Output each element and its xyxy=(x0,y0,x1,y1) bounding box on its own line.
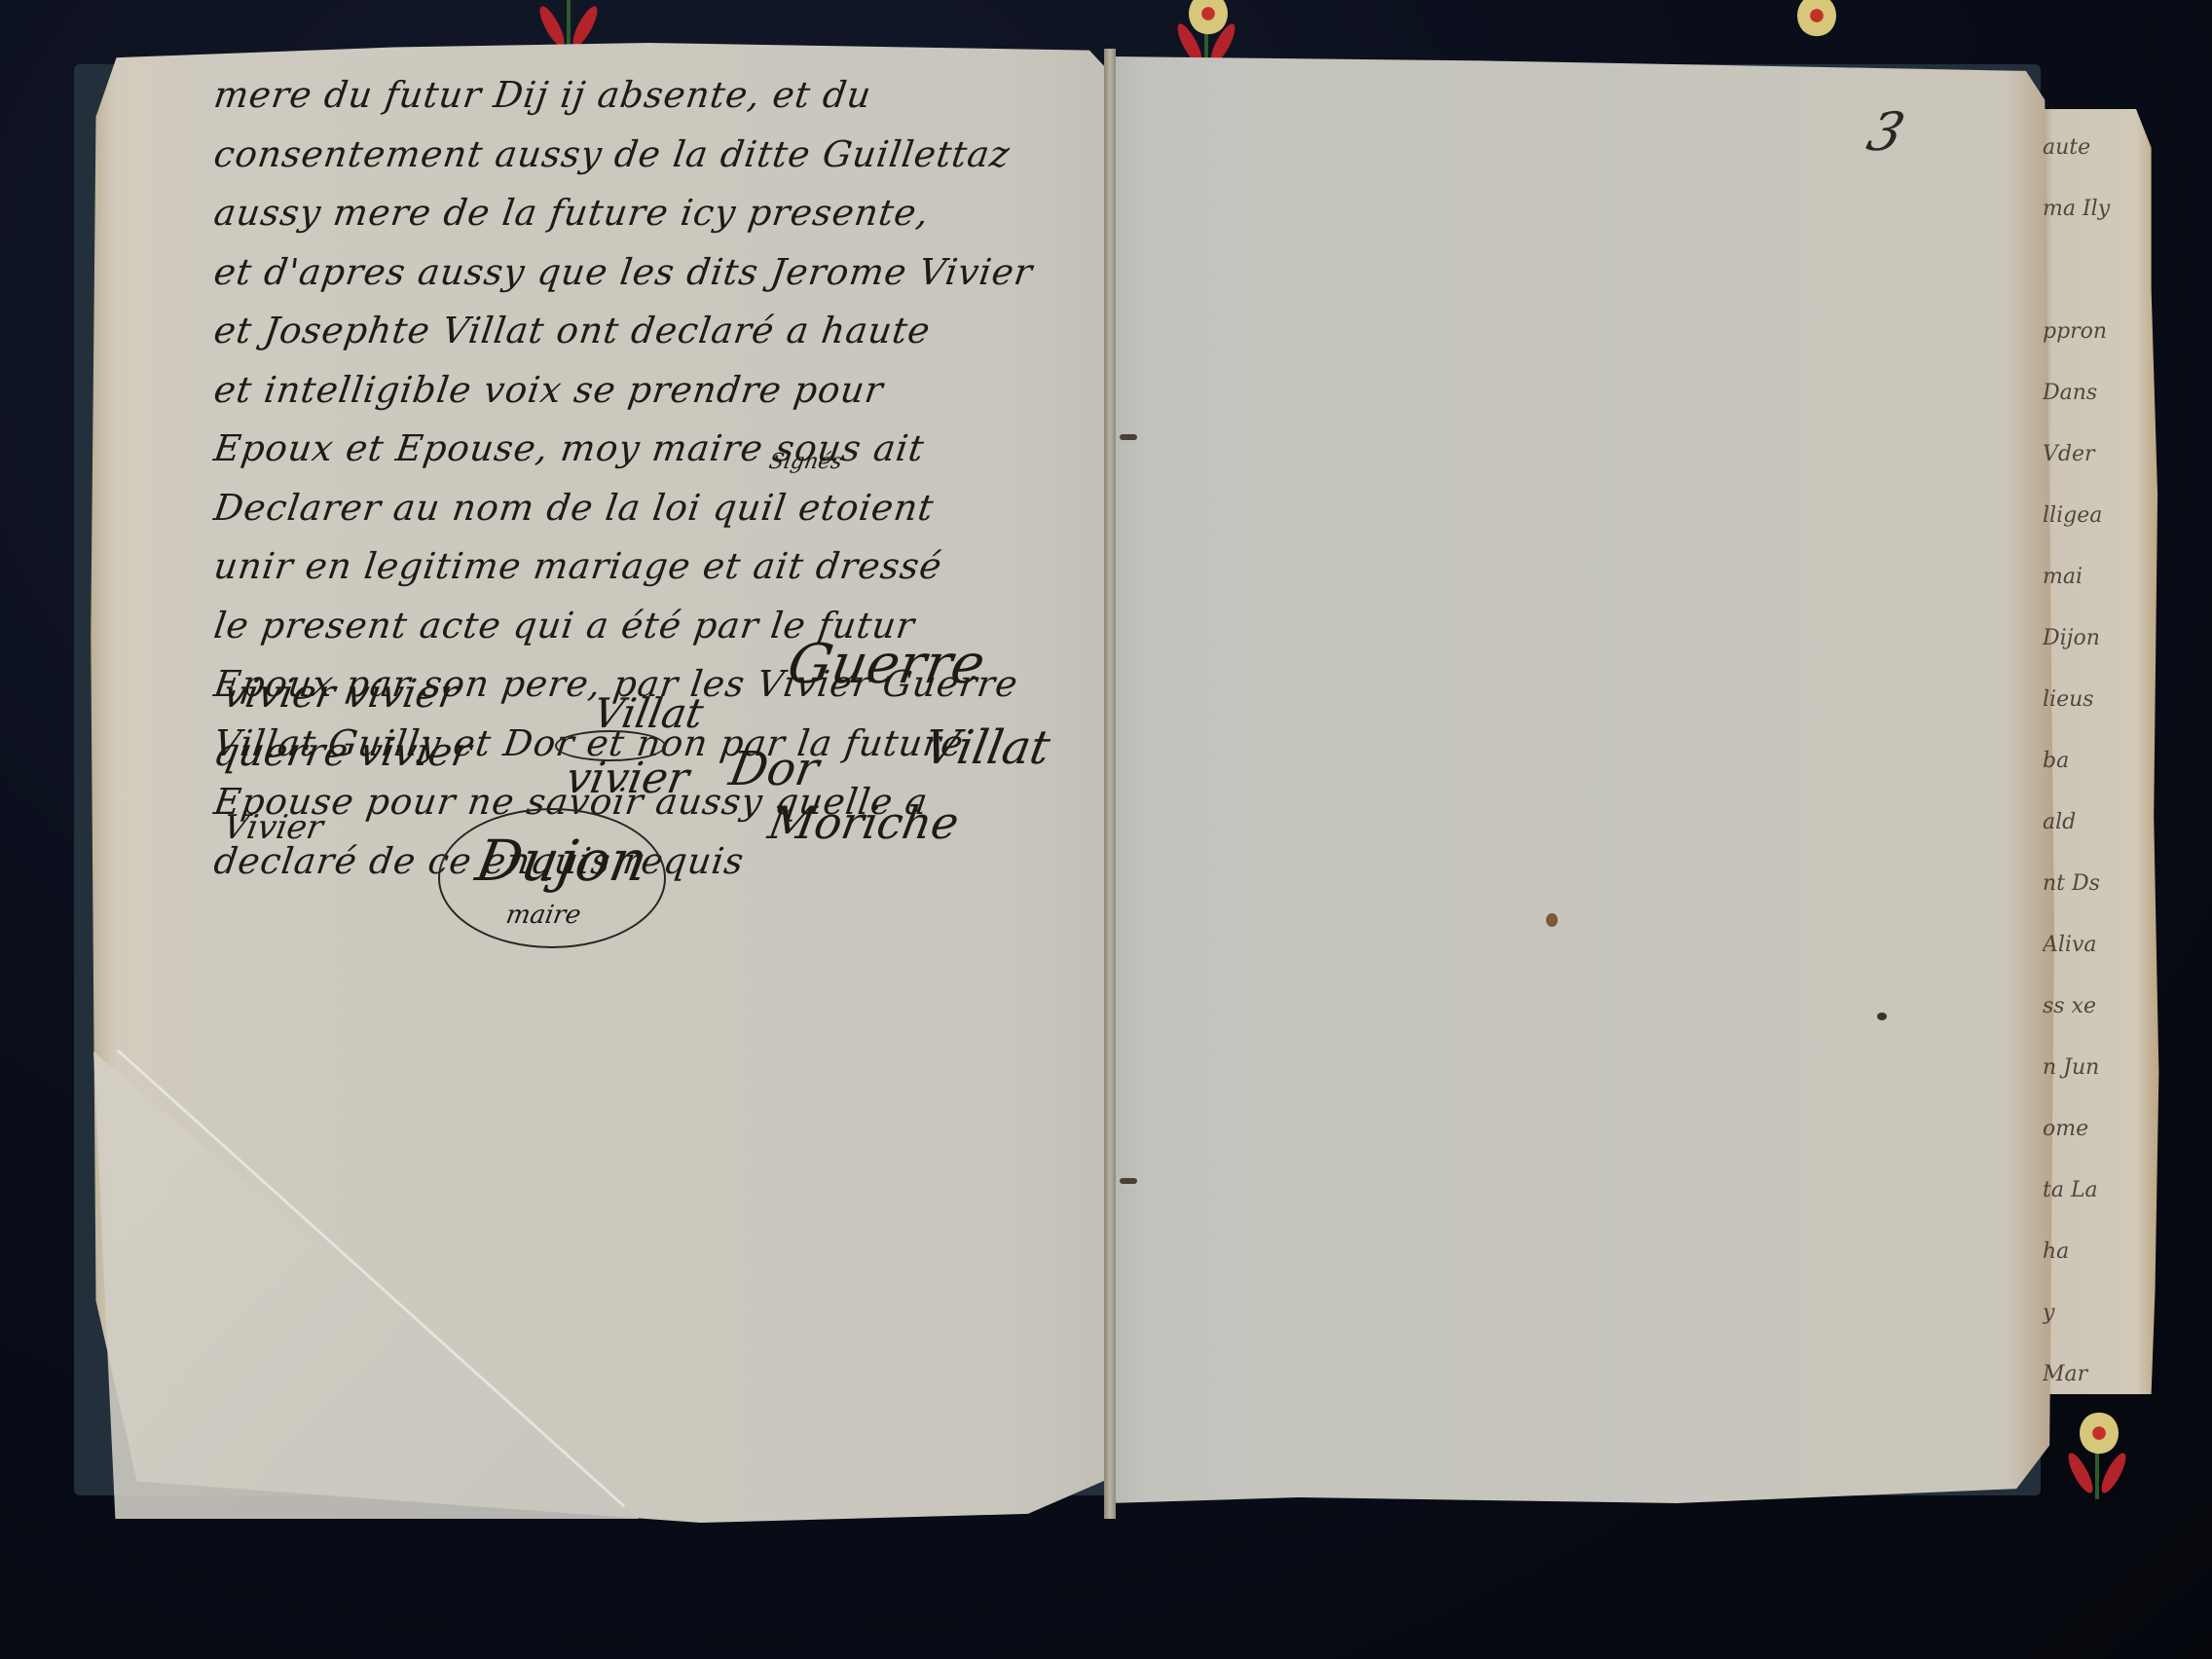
signature: vivier xyxy=(563,754,693,803)
signature: querre vivier xyxy=(210,730,474,775)
signature: Vivier xyxy=(220,808,325,847)
binding-thread xyxy=(1120,1178,1137,1184)
stub-fragment: n Jun xyxy=(2043,1037,2159,1098)
mayor-title: maire xyxy=(503,901,583,930)
stub-fragment: ppron xyxy=(2043,301,2159,362)
right-page xyxy=(1110,56,2054,1503)
stub-fragment: ome xyxy=(2043,1098,2159,1160)
binding-thread xyxy=(1120,434,1137,440)
stub-fragment: nt Ds xyxy=(2043,853,2159,914)
stub-fragment: Vder xyxy=(2043,424,2159,485)
stub-fragment xyxy=(2043,240,2159,301)
signature-block: Guerre vivier vivier Villat querre vivie… xyxy=(204,633,1100,964)
stub-fragment: Dans xyxy=(2043,362,2159,424)
stub-fragment: lligea xyxy=(2043,485,2159,546)
stub-page-text: aute ma Ily ppron Dans Vder lligea mai D… xyxy=(2043,117,2159,1405)
stub-fragment: y xyxy=(2043,1282,2159,1344)
manuscript-line: Declarer au nom de la loi quil etoient xyxy=(210,479,1095,538)
signature: Guerre xyxy=(783,633,989,696)
stub-fragment: ma Ily xyxy=(2043,178,2159,240)
stub-fragment: ha xyxy=(2043,1221,2159,1282)
stub-fragment: lieus xyxy=(2043,669,2159,730)
manuscript-line: Epoux et Epouse, moy maire sous ait xyxy=(210,420,1095,479)
mayor-signature: Dujon xyxy=(471,828,652,894)
stub-fragment: ss xe xyxy=(2043,976,2159,1037)
stub-fragment: mai xyxy=(2043,546,2159,608)
stub-fragment: ta La xyxy=(2043,1160,2159,1221)
stub-fragment: Mar xyxy=(2043,1344,2159,1405)
signature: vivier vivier xyxy=(220,672,461,717)
signature: Villat xyxy=(920,720,1054,775)
manuscript-line: mere du futur Dij ij absente, et du xyxy=(210,66,1095,126)
manuscript-line: unir en legitime mariage et ait dressé xyxy=(210,537,1095,597)
book-gutter xyxy=(1104,49,1116,1519)
manuscript-line: consentement aussy de la ditte Guilletta… xyxy=(210,126,1095,185)
paper-stain xyxy=(1877,1013,1887,1020)
stub-fragment: aute xyxy=(2043,117,2159,178)
manuscript-line: aussy mere de la future icy presente, xyxy=(210,184,1095,243)
paper-stain xyxy=(1546,913,1558,927)
signature: Moriche xyxy=(764,796,963,849)
manuscript-line: et intelligible voix se prendre pour xyxy=(210,361,1095,421)
stub-fragment: ald xyxy=(2043,792,2159,853)
manuscript-line: et Josephte Villat ont declaré a haute xyxy=(210,302,1095,361)
signature: Dor xyxy=(725,742,823,796)
stub-fragment: Dijon xyxy=(2043,608,2159,669)
stub-fragment: ba xyxy=(2043,730,2159,792)
stub-fragment: Aliva xyxy=(2043,914,2159,976)
interlinear-note: Signés xyxy=(767,450,844,474)
manuscript-line: et d'apres aussy que les dits Jerome Viv… xyxy=(210,243,1095,303)
